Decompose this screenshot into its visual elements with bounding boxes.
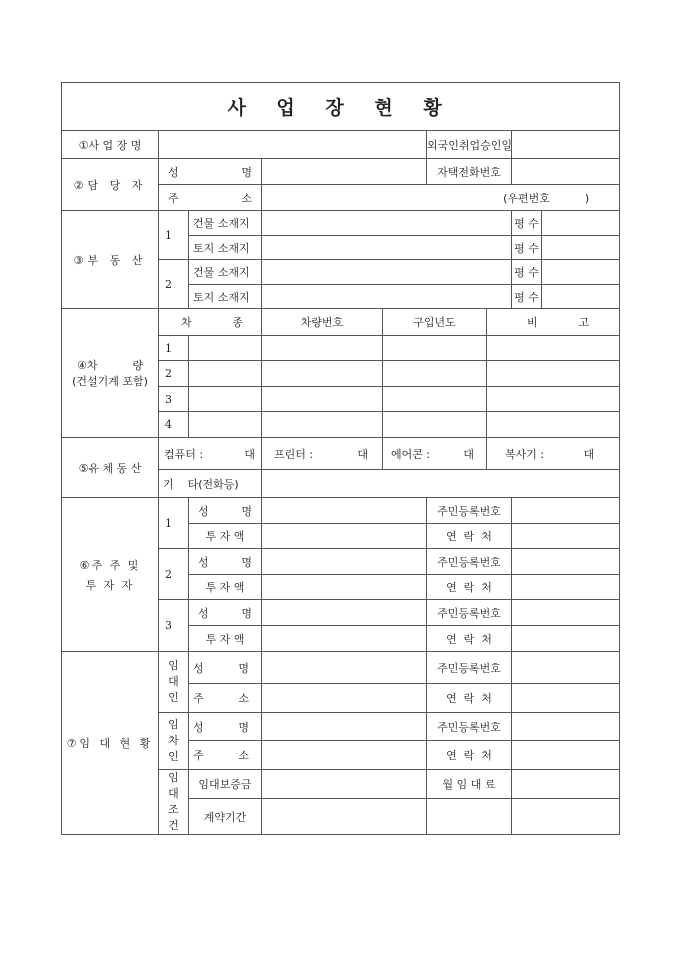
lessee-id-label: 주민등록번호: [427, 713, 512, 741]
vehicle-row-num: 1: [159, 336, 189, 361]
vehicle-type-field[interactable]: [189, 387, 262, 412]
lessor-contact-field[interactable]: [512, 684, 620, 713]
vehicle-year-field[interactable]: [383, 336, 487, 361]
business-status-form: 사 업 장 현 황 ①사 업 장 명 외국인취업승인일 ②담 당 자 성명 자택…: [61, 82, 620, 835]
vehicle-note-field[interactable]: [487, 412, 620, 438]
lessee-id-field[interactable]: [512, 713, 620, 741]
manager-name-field[interactable]: [262, 159, 427, 185]
lessor-label: 임대인: [159, 652, 189, 713]
vehicle-plate-field[interactable]: [262, 336, 383, 361]
postcode-text: (우편번호 ): [503, 192, 589, 205]
home-phone-label: 자택전화번호: [427, 159, 512, 185]
vehicle-note-header: 비고: [487, 309, 620, 336]
lessee-address-label: 주소: [189, 741, 262, 770]
contract-period-extra-field[interactable]: [427, 799, 512, 835]
contact-label: 연 락 처: [427, 524, 512, 549]
form-title: 사 업 장 현 황: [62, 83, 620, 131]
vehicle-row-num: 3: [159, 387, 189, 412]
monthly-rent-field[interactable]: [512, 770, 620, 799]
lessee-contact-field[interactable]: [512, 741, 620, 770]
printer-count-field[interactable]: 프린터 :대: [262, 438, 383, 470]
building-location-field[interactable]: [262, 260, 512, 285]
land-location-field[interactable]: [262, 236, 512, 260]
investment-amount-label: 투 자 액: [189, 626, 262, 652]
shareholder-name-field[interactable]: [262, 549, 427, 575]
building-location-label: 건물 소재지: [189, 211, 262, 236]
lease-status-label: ⑦임 대 현 황: [62, 652, 159, 835]
vehicle-type-field[interactable]: [189, 361, 262, 387]
vehicle-type-header: 차종: [159, 309, 262, 336]
lessor-id-label: 주민등록번호: [427, 652, 512, 684]
business-name-field[interactable]: [159, 131, 427, 159]
deposit-field[interactable]: [262, 770, 427, 799]
building-location-label: 건물 소재지: [189, 260, 262, 285]
home-phone-field[interactable]: [512, 159, 620, 185]
area-field[interactable]: [542, 285, 620, 309]
building-location-field[interactable]: [262, 211, 512, 236]
area-label: 평 수: [512, 260, 542, 285]
monthly-rent-label: 월 임 대 료: [427, 770, 512, 799]
deposit-label: 임대보증금: [189, 770, 262, 799]
contact-label: 연 락 처: [427, 626, 512, 652]
lessee-label: 임차인: [159, 713, 189, 770]
manager-address-field[interactable]: (우편번호 ): [262, 185, 620, 211]
resident-id-label: 주민등록번호: [427, 600, 512, 626]
contract-period-extra-field-2[interactable]: [512, 799, 620, 835]
vehicle-note-field[interactable]: [487, 387, 620, 412]
vehicles-label: ④차 량 (건설기계 포함): [62, 309, 159, 438]
resident-id-label: 주민등록번호: [427, 498, 512, 524]
contact-field[interactable]: [512, 575, 620, 600]
vehicle-year-field[interactable]: [383, 387, 487, 412]
contract-period-label: 계약기간: [189, 799, 262, 835]
investment-amount-label: 투 자 액: [189, 524, 262, 549]
vehicle-year-field[interactable]: [383, 412, 487, 438]
computer-count-field[interactable]: 컴퓨터 :대: [159, 438, 262, 470]
lessor-contact-label: 연 락 처: [427, 684, 512, 713]
shareholder-name-label: 성명: [189, 498, 262, 524]
contract-period-field[interactable]: [262, 799, 427, 835]
vehicle-row-num: 2: [159, 361, 189, 387]
lessee-name-field[interactable]: [262, 713, 427, 741]
shareholder-num: 2: [159, 549, 189, 600]
vehicle-type-field[interactable]: [189, 412, 262, 438]
vehicle-note-field[interactable]: [487, 361, 620, 387]
area-field[interactable]: [542, 236, 620, 260]
vehicle-year-header: 구입년도: [383, 309, 487, 336]
area-label: 평 수: [512, 211, 542, 236]
investment-amount-field[interactable]: [262, 524, 427, 549]
other-items-label: 기타(전화등): [159, 470, 262, 498]
area-label: 평 수: [512, 236, 542, 260]
area-field[interactable]: [542, 260, 620, 285]
area-field[interactable]: [542, 211, 620, 236]
resident-id-label: 주민등록번호: [427, 549, 512, 575]
lessee-address-field[interactable]: [262, 741, 427, 770]
land-location-label: 토지 소재지: [189, 285, 262, 309]
vehicle-plate-field[interactable]: [262, 387, 383, 412]
vehicle-type-field[interactable]: [189, 336, 262, 361]
shareholder-name-label: 성명: [189, 600, 262, 626]
real-estate-group-num: 1: [159, 211, 189, 260]
investment-amount-field[interactable]: [262, 575, 427, 600]
land-location-label: 토지 소재지: [189, 236, 262, 260]
vehicle-row-num: 4: [159, 412, 189, 438]
contact-field[interactable]: [512, 626, 620, 652]
real-estate-group-num: 2: [159, 260, 189, 309]
shareholder-num: 1: [159, 498, 189, 549]
copier-count-field[interactable]: 복사기 :대: [487, 438, 620, 470]
shareholder-name-field[interactable]: [262, 498, 427, 524]
shareholder-num: 3: [159, 600, 189, 652]
vehicle-note-field[interactable]: [487, 336, 620, 361]
resident-id-field[interactable]: [512, 549, 620, 575]
lessee-name-label: 성명: [189, 713, 262, 741]
contact-label: 연 락 처: [427, 575, 512, 600]
vehicle-plate-field[interactable]: [262, 412, 383, 438]
lease-terms-label: 임대조건: [159, 770, 189, 835]
shareholder-name-field[interactable]: [262, 600, 427, 626]
vehicle-year-field[interactable]: [383, 361, 487, 387]
area-label: 평 수: [512, 285, 542, 309]
lessor-address-label: 주소: [189, 684, 262, 713]
manager-label: ②담 당 자: [62, 159, 159, 211]
shareholder-name-label: 성명: [189, 549, 262, 575]
lessee-contact-label: 연 락 처: [427, 741, 512, 770]
investment-amount-label: 투 자 액: [189, 575, 262, 600]
lessor-id-field[interactable]: [512, 652, 620, 684]
contact-field[interactable]: [512, 524, 620, 549]
approval-date-label: 외국인취업승인일: [427, 131, 512, 159]
land-location-field[interactable]: [262, 285, 512, 309]
manager-name-label: 성명: [159, 159, 262, 185]
lessor-name-field[interactable]: [262, 652, 427, 684]
movable-property-label: ⑤유 체 동 산: [62, 438, 159, 498]
vehicle-plate-field[interactable]: [262, 361, 383, 387]
investment-amount-field[interactable]: [262, 626, 427, 652]
aircon-count-field[interactable]: 에어콘 :대: [383, 438, 487, 470]
resident-id-field[interactable]: [512, 498, 620, 524]
vehicle-plate-header: 차량번호: [262, 309, 383, 336]
business-name-label: ①사 업 장 명: [62, 131, 159, 159]
real-estate-label: ③부 동 산: [62, 211, 159, 309]
resident-id-field[interactable]: [512, 600, 620, 626]
lessor-address-field[interactable]: [262, 684, 427, 713]
shareholders-label: ⑥주 주 및 투 자 자: [62, 498, 159, 652]
other-items-field[interactable]: [262, 470, 620, 498]
manager-address-label: 주소: [159, 185, 262, 211]
approval-date-field[interactable]: [512, 131, 620, 159]
lessor-name-label: 성명: [189, 652, 262, 684]
